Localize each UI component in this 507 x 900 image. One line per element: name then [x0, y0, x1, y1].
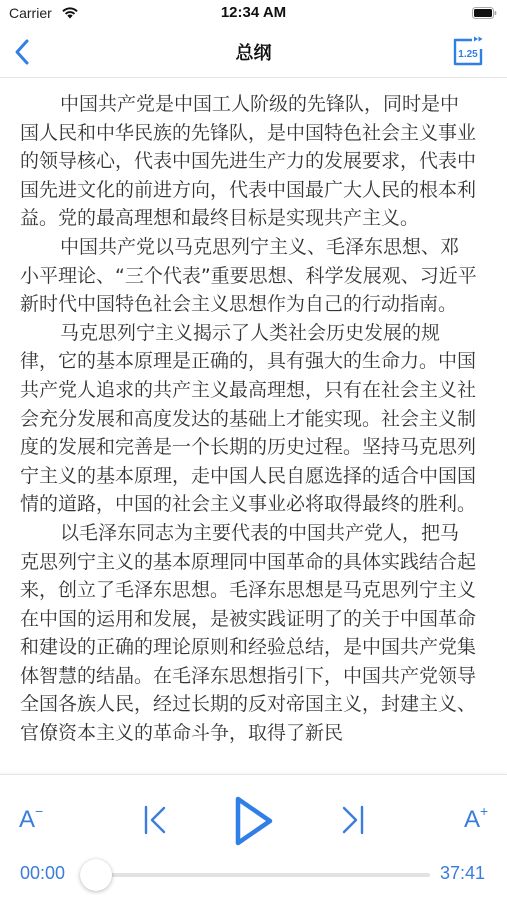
- playback-speed-icon: 1.25: [452, 35, 484, 67]
- font-decrease-button[interactable]: A−: [19, 805, 43, 834]
- navigation-bar: 总纲 1.25: [0, 28, 507, 78]
- play-button[interactable]: [232, 795, 276, 847]
- clock: 12:34 AM: [0, 4, 507, 21]
- paragraph: 中国共产党以马克思列宁主义、毛泽东思想、邓小平理论、“三个代表”重要思想、科学发…: [20, 233, 477, 319]
- font-increase-icon: A+: [464, 806, 488, 833]
- progress-slider[interactable]: [96, 873, 430, 877]
- font-decrease-icon: A−: [19, 806, 43, 833]
- paragraph: 中国共产党是中国工人阶级的先锋队，同时是中国人民和中华民族的先锋队，是中国特色社…: [20, 90, 477, 233]
- status-bar: Carrier 12:34 AM: [0, 0, 507, 28]
- previous-button[interactable]: [143, 805, 169, 835]
- audio-player: A− A+ 00:00 37:41: [0, 774, 507, 900]
- font-increase-button[interactable]: A+: [464, 805, 488, 834]
- svg-text:1.25: 1.25: [458, 49, 478, 60]
- total-time: 37:41: [440, 863, 485, 884]
- paragraph: 马克思列宁主义揭示了人类社会历史发展的规律，它的基本原理是正确的，具有强大的生命…: [20, 319, 477, 519]
- battery-full-icon: [472, 7, 497, 19]
- next-button[interactable]: [339, 805, 365, 835]
- paragraph: 以毛泽东同志为主要代表的中国共产党人，把马克思列宁主义的基本原理同中国革命的具体…: [20, 519, 477, 748]
- skip-previous-icon: [143, 805, 169, 835]
- playback-speed-button[interactable]: 1.25: [452, 35, 484, 67]
- play-icon: [232, 795, 276, 847]
- article-content[interactable]: 中国共产党是中国工人阶级的先锋队，同时是中国人民和中华民族的先锋队，是中国特色社…: [0, 78, 507, 774]
- skip-next-icon: [339, 805, 365, 835]
- article-text: 中国共产党是中国工人阶级的先锋队，同时是中国人民和中华民族的先锋队，是中国特色社…: [0, 78, 507, 748]
- progress-slider-thumb[interactable]: [80, 859, 112, 891]
- page-title: 总纲: [0, 39, 507, 65]
- current-time: 00:00: [20, 863, 65, 884]
